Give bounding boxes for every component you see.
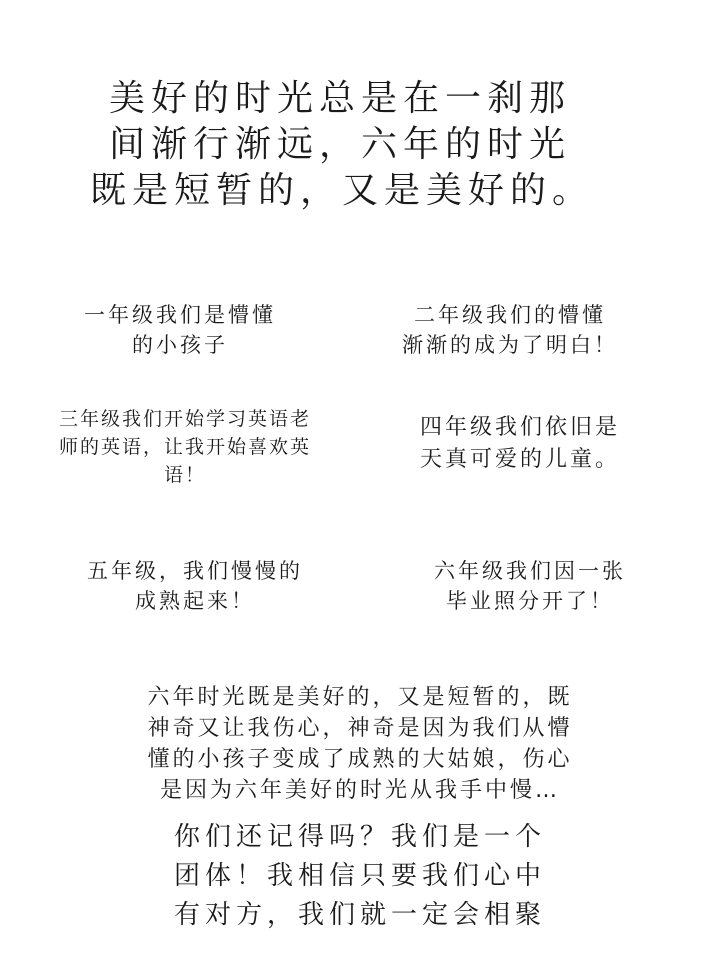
grade-6-note: 六年级我们因一张 毕业照分开了！ [400,556,660,616]
closing-line: 你们还记得吗？我们是一个 [140,818,580,857]
closing-line: 有对方，我们就一定会相聚 [140,896,580,935]
reflection-line: 是因为六年美好的时光从我手中慢… [100,775,620,806]
note-line: 毕业照分开了！ [400,586,660,616]
reflection-line: 懂的小孩子变成了成熟的大姑娘，伤心 [100,744,620,775]
note-line: 二年级我们的懵懂 [380,300,640,330]
note-line: 三年级我们开始学习英语老 [25,405,345,433]
grade-2-note: 二年级我们的懵懂 渐渐的成为了明白！ [380,300,640,360]
reflection-paragraph: 六年时光既是美好的，又是短暂的，既 神奇又让我伤心，神奇是因为我们从懵 懂的小孩… [100,682,620,806]
note-line: 成熟起来！ [60,586,330,616]
note-line: 五年级，我们慢慢的 [60,556,330,586]
closing-line: 团体！我相信只要我们心中 [140,857,580,896]
note-line: 渐渐的成为了明白！ [380,330,640,360]
grade-1-note: 一年级我们是懵懂 的小孩子 [55,300,305,360]
note-line: 一年级我们是懵懂 [55,300,305,330]
closing-paragraph: 你们还记得吗？我们是一个 团体！我相信只要我们心中 有对方，我们就一定会相聚 [140,818,580,935]
reflection-line: 神奇又让我伤心，神奇是因为我们从懵 [100,713,620,744]
note-line: 六年级我们因一张 [400,556,660,586]
grade-5-note: 五年级，我们慢慢的 成熟起来！ [60,556,330,616]
note-line: 的小孩子 [55,330,305,360]
note-line: 天真可爱的儿童。 [390,444,650,476]
title-line: 美好的时光总是在一刹那 [90,76,590,122]
note-line: 语！ [25,461,345,489]
grade-3-note: 三年级我们开始学习英语老 师的英语，让我开始喜欢英 语！ [25,405,345,489]
title-line: 既是短暂的，又是美好的。 [90,168,590,214]
note-line: 师的英语，让我开始喜欢英 [25,433,345,461]
title-paragraph: 美好的时光总是在一刹那 间渐行渐远，六年的时光 既是短暂的，又是美好的。 [90,76,590,214]
grade-4-note: 四年级我们依旧是 天真可爱的儿童。 [390,412,650,476]
title-line: 间渐行渐远，六年的时光 [90,122,590,168]
note-line: 四年级我们依旧是 [390,412,650,444]
reflection-line: 六年时光既是美好的，又是短暂的，既 [100,682,620,713]
